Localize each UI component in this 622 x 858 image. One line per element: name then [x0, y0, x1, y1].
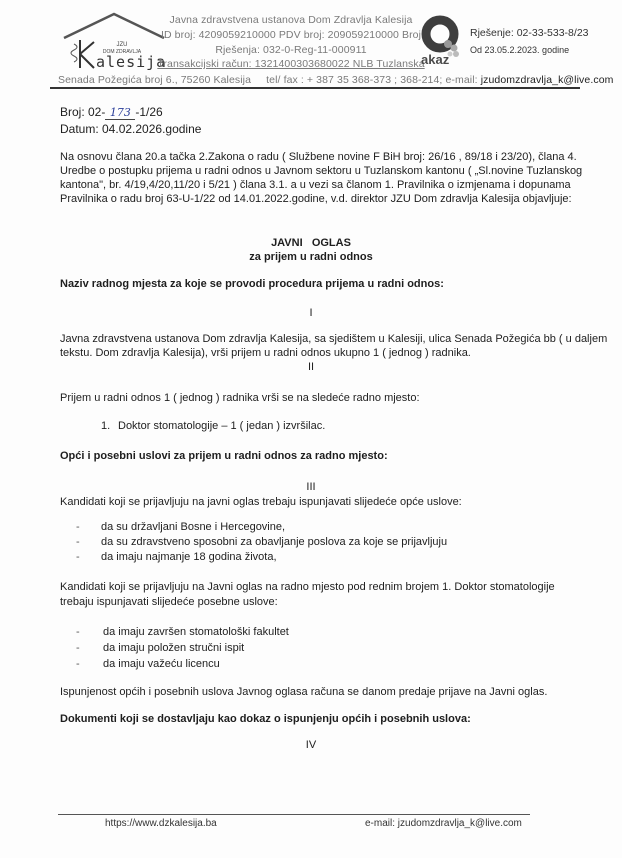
- list-bullet: -: [76, 626, 80, 638]
- section-roman-1: I: [0, 306, 622, 321]
- special-conditions-intro-2: trebaju ispunjavati slijedeće posebne us…: [60, 595, 278, 610]
- general-condition-item: da imaju najmanje 18 godina života,: [101, 550, 277, 565]
- para-2: Prijem u radni odnos 1 ( jednog ) radnik…: [60, 391, 420, 406]
- section-roman-2: II: [0, 360, 622, 375]
- list-bullet: -: [76, 536, 80, 548]
- svg-text:JZU: JZU: [117, 42, 128, 48]
- announcement-title: JAVNI OGLAS: [0, 236, 622, 251]
- para-1-line-2: tekstu. Dom zdravlja Kalesija), vrši pri…: [60, 346, 471, 361]
- section-roman-3: III: [0, 480, 622, 495]
- conditions-heading: Opći i posebni uslovi za prijem u radni …: [60, 449, 388, 464]
- institution-ids: ID broj: 4209059210000 PDV broj: 2090592…: [150, 29, 432, 41]
- section-roman-4: IV: [0, 738, 622, 753]
- list-bullet: -: [76, 521, 80, 533]
- handwritten-number: 173: [105, 107, 135, 120]
- list-bullet: -: [76, 551, 80, 563]
- general-conditions-intro: Kandidati koji se prijavljuju na javni o…: [60, 495, 462, 510]
- intro-line-4: Pravilnika o radu broj 63-U-1/22 od 14.0…: [60, 192, 572, 207]
- accreditation-decision: Rješenje: 02-33-533-8/23: [470, 27, 589, 39]
- header-email-link[interactable]: jzudomzdravlja_k@live.com: [481, 74, 614, 86]
- documents-heading: Dokumenti koji se dostavljaju kao dokaz …: [60, 712, 471, 727]
- announcement-subtitle: za prijem u radni odnos: [0, 250, 622, 265]
- bank-account: Transakcijski račun: 1321400303680022 NL…: [150, 58, 432, 70]
- intro-line-3: kantona", br. 4/19,4/20,11/20 i 5/21 ) č…: [60, 178, 571, 193]
- para-1-line-1: Javna zdravstvena ustanova Dom zdravlja …: [60, 332, 607, 347]
- footer-email-link[interactable]: e-mail: jzudomzdravlja_k@live.com: [365, 818, 522, 829]
- institution-name: Javna zdravstvena ustanova Dom Zdravlja …: [150, 14, 432, 26]
- list-bullet: -: [76, 658, 80, 670]
- intro-line-1: Na osnovu člana 20.a tačka 2.Zakona o ra…: [60, 150, 577, 165]
- registration-number: Rješenja: 032-0-Reg-11-000911: [150, 44, 432, 56]
- footer-divider: [58, 814, 530, 815]
- special-condition-item: da imaju položen stručni ispit: [103, 641, 244, 656]
- header-divider: [50, 87, 580, 89]
- special-condition-item: da imaju važeću licencu: [103, 657, 220, 672]
- list-bullet: -: [76, 642, 80, 654]
- general-condition-item: da su državljani Bosne i Hercegovine,: [101, 520, 285, 535]
- address: Senada Požegića broj 6., 75260 Kalesija: [58, 74, 251, 86]
- position-name-heading: Naziv radnog mjesta za koje se provodi p…: [60, 277, 444, 292]
- special-conditions-intro-1: Kandidati koji se prijavljuju na Javni o…: [60, 580, 555, 595]
- tel-fax: tel/ fax : + 387 35 368-373 ; 368-214; e…: [266, 74, 478, 86]
- document-date: Datum: 04.02.2026.godine: [60, 122, 201, 137]
- fulfillment-note: Ispunjenost općih i posebnih uslova Javn…: [60, 685, 547, 700]
- special-condition-item: da imaju završen stomatološki fakultet: [103, 625, 289, 640]
- position-item-number: 1.: [101, 419, 110, 434]
- address-contact: Senada Požegića broj 6., 75260 Kalesija …: [58, 74, 614, 86]
- position-item-text: Doktor stomatologije – 1 ( jedan ) izvrš…: [118, 419, 325, 434]
- akaz-label: akaz: [421, 52, 449, 67]
- document-number: Broj: 02-173-1/26: [60, 105, 163, 120]
- intro-line-2: Uredbe o postupku prijema u radni odnos …: [60, 164, 582, 179]
- general-condition-item: da su zdravstveno sposobni za obavljanje…: [101, 535, 447, 550]
- accreditation-date: Od 23.05.2.2023. godine: [470, 45, 569, 55]
- footer-website-link[interactable]: https://www.dzkalesija.ba: [105, 818, 217, 829]
